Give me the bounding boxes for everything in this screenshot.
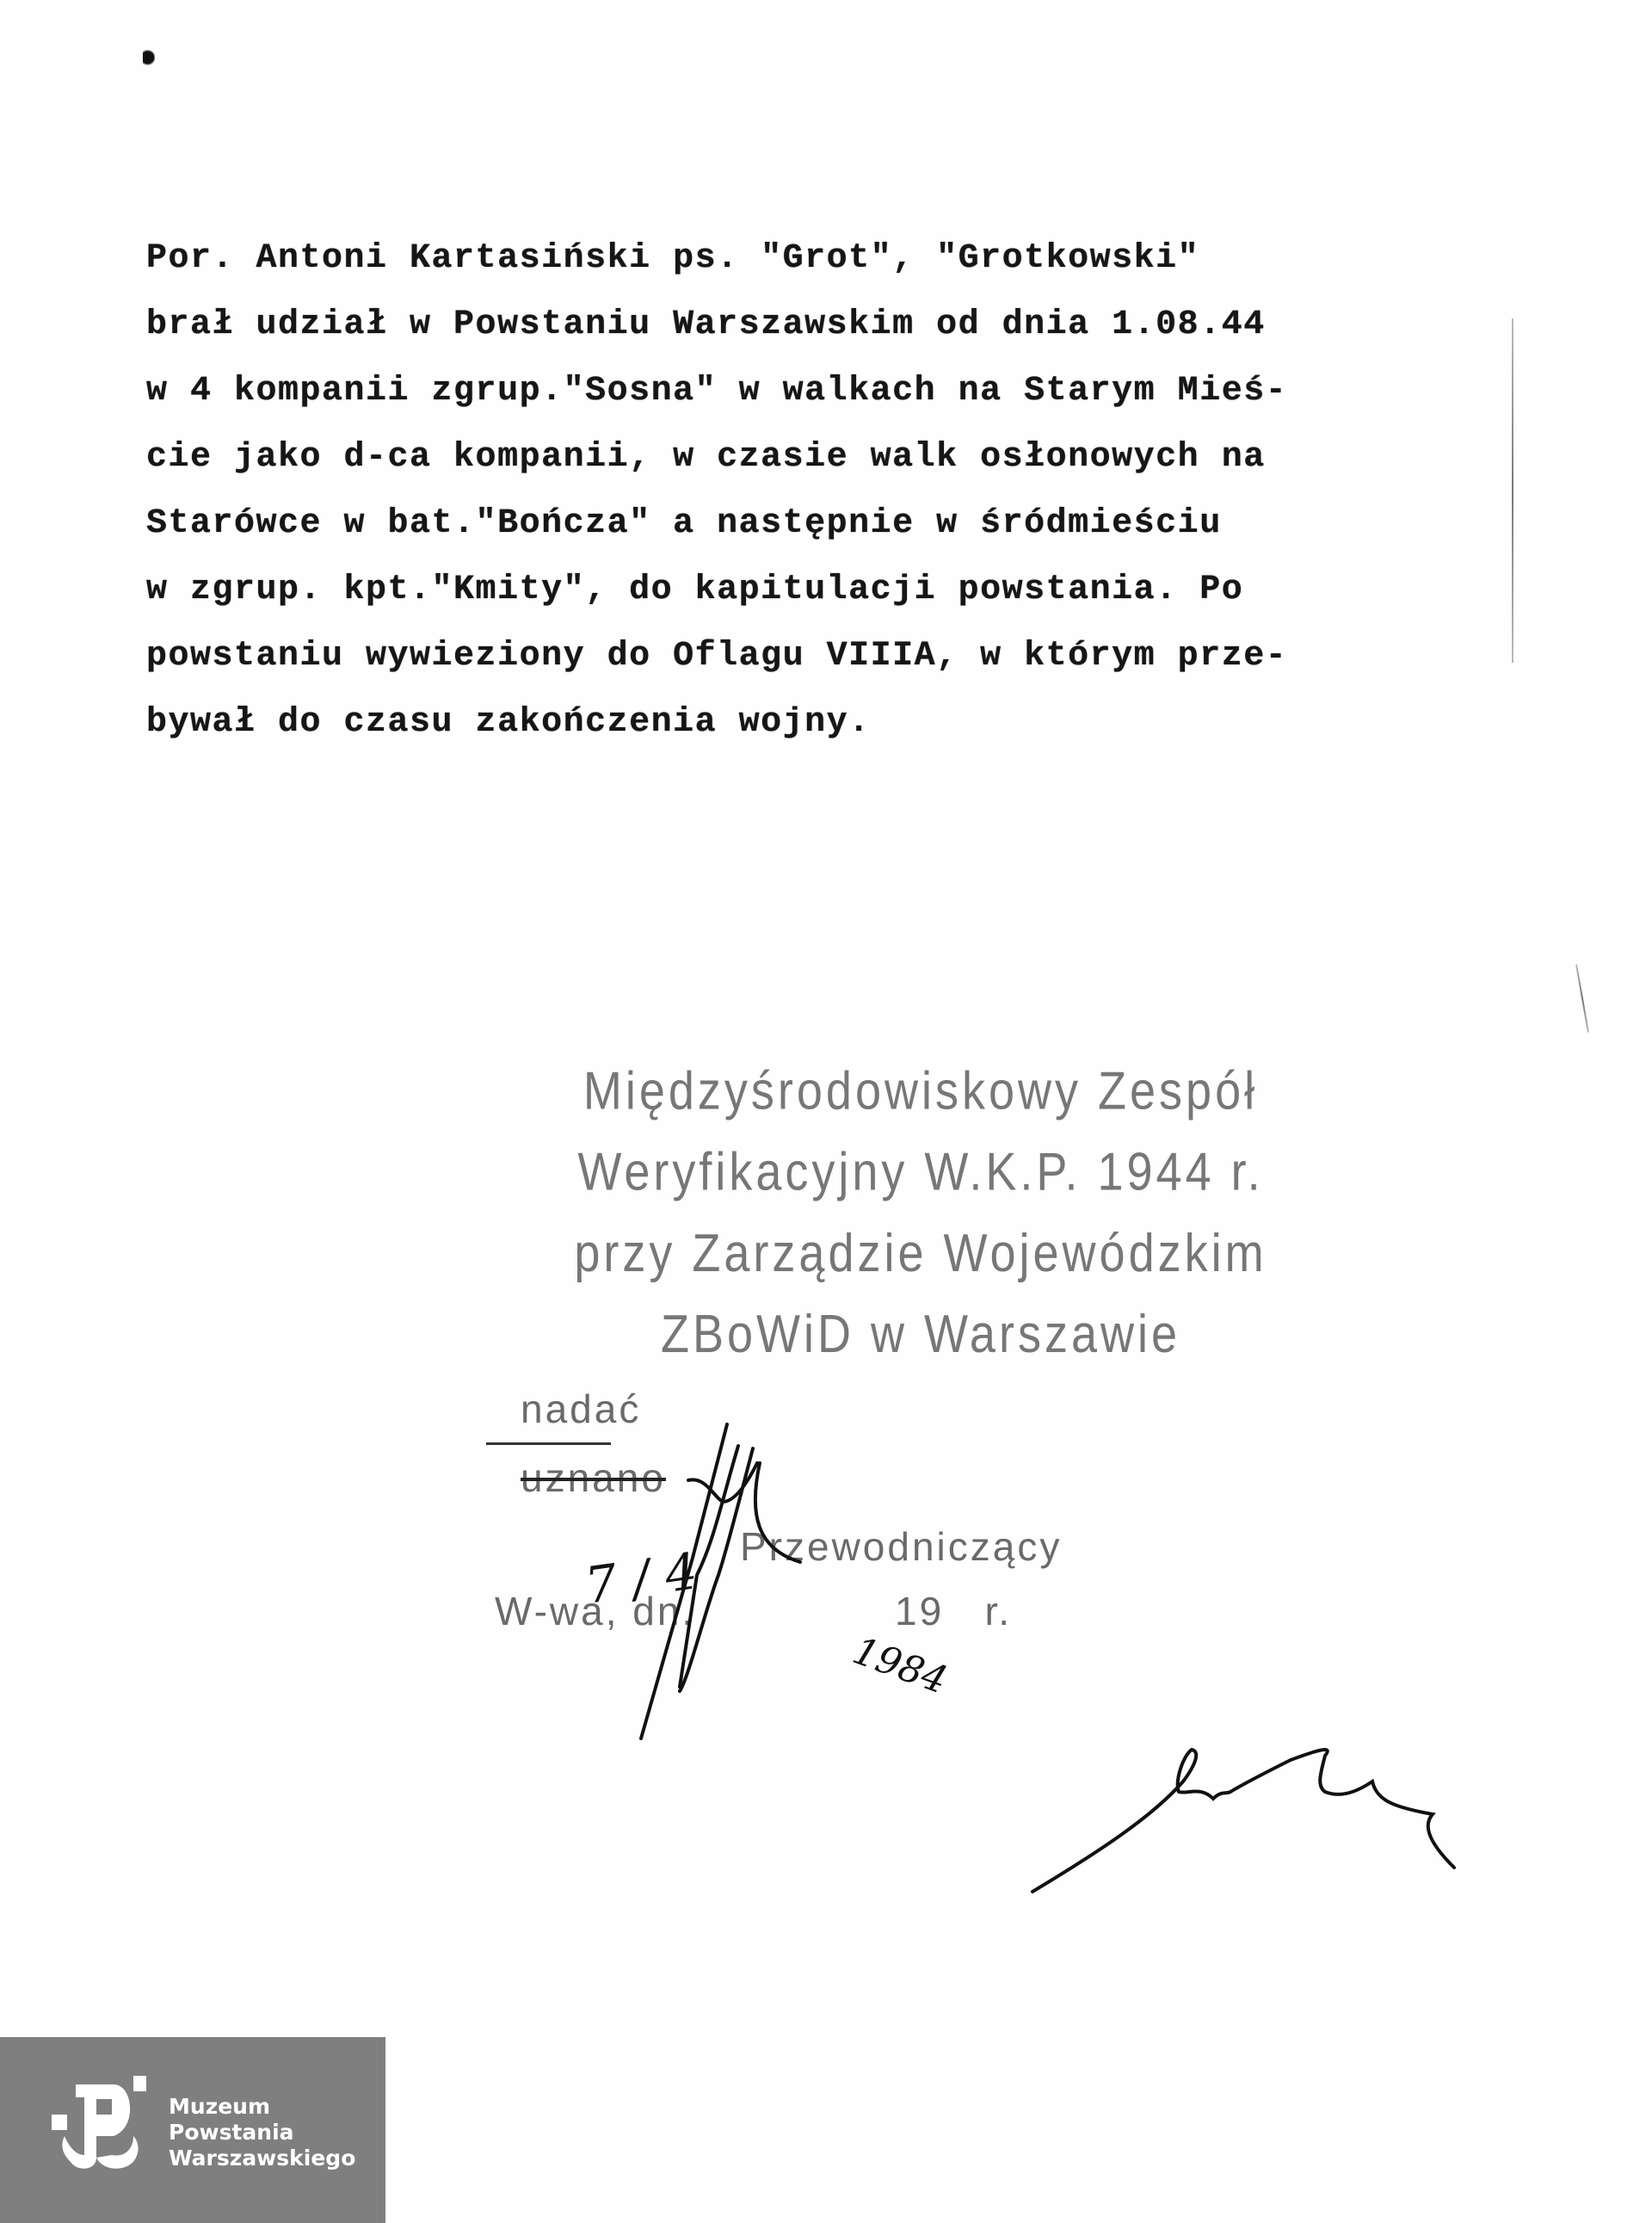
stamp-line: Międzyśrodowiskowy Zespół xyxy=(525,1050,1316,1131)
stamp-chairman-label: Przewodniczący xyxy=(740,1523,1062,1570)
stamp-divider xyxy=(486,1442,611,1445)
ink-speck xyxy=(143,50,155,69)
statement-line: cie jako d-ca kompanii, w czasie walk os… xyxy=(146,424,1540,491)
scan-edge-line xyxy=(1575,964,1589,1032)
statement-line: powstaniu wywieziony do Oflagu VIIIA, w … xyxy=(146,623,1540,689)
verification-stamp: Międzyśrodowiskowy Zespół Weryfikacyjny … xyxy=(525,1050,1316,1374)
stamp-nadac: nadać xyxy=(521,1386,641,1432)
scan-edge-line xyxy=(1512,318,1513,663)
statement-line: bywał do czasu zakończenia wojny. xyxy=(146,689,1540,756)
stamp-uznano-struck: uznano xyxy=(521,1454,666,1501)
second-signature-icon xyxy=(1032,1750,1454,1892)
handwritten-year: 1984 xyxy=(848,1628,953,1702)
museum-name: Muzeum Powstania Warszawskiego xyxy=(169,2094,355,2171)
statement-line: w 4 kompanii zgrup."Sosna" w walkach na … xyxy=(146,358,1540,424)
statement-line: w zgrup. kpt."Kmity", do kapitulacji pow… xyxy=(146,557,1540,623)
stamp-date-suffix: 19 r. xyxy=(895,1588,1012,1634)
stamp-line: ZBoWiD w Warszawie xyxy=(525,1294,1316,1374)
stamp-line: przy Zarządzie Wojewódzkim xyxy=(525,1213,1316,1294)
stamp-line: Weryfikacyjny W.K.P. 1944 r. xyxy=(525,1132,1316,1213)
kotwica-anchor-icon xyxy=(52,2076,146,2179)
statement-line: Por. Antoni Kartasiński ps. "Grot", "Gro… xyxy=(146,225,1540,292)
statement-line: Starówce w bat."Bończa" a następnie w śr… xyxy=(146,491,1540,557)
museum-watermark: Muzeum Powstania Warszawskiego xyxy=(0,2037,385,2223)
typewritten-statement: Por. Antoni Kartasiński ps. "Grot", "Gro… xyxy=(146,225,1540,756)
document-page: Por. Antoni Kartasiński ps. "Grot", "Gro… xyxy=(0,0,1652,2223)
statement-line: brał udział w Powstaniu Warszawskim od d… xyxy=(146,292,1540,358)
